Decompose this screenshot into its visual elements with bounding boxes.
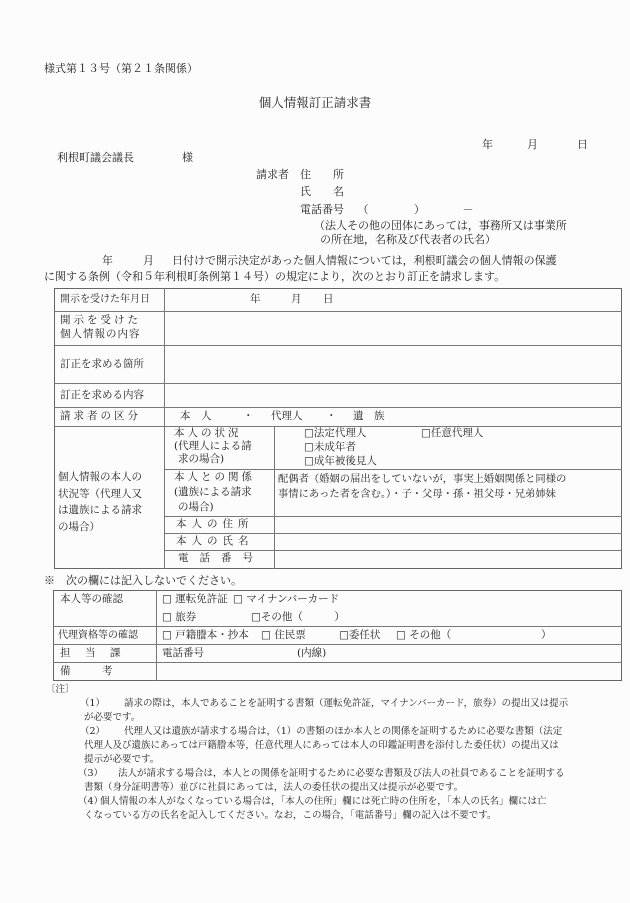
note-1-line1: 請求の際は，本人であることを証明する書類（運転免許証，マイナンバーカード，旅券）… [124, 698, 568, 710]
note-3-line1: 法人が請求する場合は，本人との関係を証明するために必要な書類及び法人の社員である… [118, 768, 565, 780]
extension-label: (内線) [297, 647, 326, 660]
note-1-line2: が必要です。 [84, 712, 140, 724]
person-phone-label: 電話番号 [178, 552, 264, 565]
remarks-label: 備 考 [60, 665, 113, 678]
checkbox-drivers-license[interactable]: □ 運転免許証 [162, 593, 228, 606]
office-use-notice: ※ 次の欄には記入しないでください。 [44, 574, 242, 588]
disclosed-info-field[interactable] [165, 312, 621, 345]
note-2-line3: 提示が必要です。 [84, 754, 159, 766]
disclosure-day: 日 [323, 293, 334, 306]
requester-address-field[interactable]: 住 所 [300, 168, 344, 182]
phone-open-paren: （ [358, 203, 369, 216]
note-4-line2: くなっている方の氏名を記入してください。なお，この場合，「電話番号」欄の記入は不… [84, 810, 497, 822]
status-section-label: 個人情報の本人の 状況等（代理人又 は遺族による請求 の場合） [58, 469, 142, 535]
corporate-note-line1: （法人その他の団体にあっては，事務所又は事業所 [314, 219, 567, 233]
note-2-line1: 代理人又は遺族が請求する場合は，（1）の書類のほか本人との関係を証明するために必… [124, 726, 562, 738]
person-phone-field[interactable] [275, 551, 621, 568]
disclosed-info-label-line2: 個人情報の内容 [60, 328, 141, 341]
checkbox-resident-record[interactable]: □ 住民票 [261, 629, 306, 642]
other-close-paren: ） [541, 629, 552, 642]
note-2-line2: 代理人及び遺族にあっては戸籍謄本等，任意代理人にあっては本人の印鑑証明書を添付し… [84, 740, 559, 752]
date-month-label: 月 [527, 138, 538, 152]
remarks-field[interactable] [157, 663, 621, 680]
category-option-agent[interactable]: 代理人 [271, 410, 303, 423]
checkbox-minor[interactable]: □未成年者 [304, 441, 356, 454]
intro-year: 年 [102, 254, 113, 268]
relationship-label: 本人との関係 (遺族による請求 の場合) [174, 470, 255, 515]
intro-month: 月 [143, 254, 154, 268]
person-status-label: 本人の状況 (代理人による請 求の場合) [174, 427, 252, 466]
correction-content-field[interactable] [165, 384, 621, 407]
person-name-field[interactable] [275, 534, 621, 550]
requester-name-field[interactable]: 氏 名 [300, 185, 344, 199]
row-divider [54, 407, 622, 408]
person-name-label: 本人の氏名 [176, 535, 254, 548]
checkbox-my-number-card[interactable]: □ マイナンバーカード [233, 593, 339, 606]
checkbox-other-id[interactable]: □その他（ ） [251, 611, 345, 624]
correction-location-label: 訂正を求める箇所 [60, 358, 144, 371]
checkbox-other-qualification[interactable]: □ その他（ [396, 629, 451, 642]
checkbox-power-of-attorney[interactable]: □委任状 [339, 629, 380, 642]
note-3-num: （3） [78, 768, 103, 780]
relationship-field[interactable]: 配偶者（婚姻の届出をしていないが，事実上婚姻関係と同様の 事情にあった者を含む。… [278, 472, 566, 502]
category-separator: ・ [326, 410, 337, 423]
phone-close-paren: ） [414, 203, 425, 216]
person-address-field[interactable] [275, 517, 621, 533]
disclosure-year: 年 [250, 293, 261, 306]
note-4-line1: 個人情報の本人がなくなっている場合は，「本人の住所」欄には死亡時の住所を，「本人… [100, 796, 547, 808]
person-address-label: 本人の住所 [176, 518, 254, 531]
checkbox-adult-ward[interactable]: □成年被後見人 [304, 455, 377, 468]
note-1-num: （1） [80, 698, 105, 710]
corporate-note-line2: の所在地，名称及び代表者の氏名） [320, 233, 496, 247]
note-2-num: （2） [80, 726, 105, 738]
phone-dash: － [463, 203, 474, 216]
honorific: 様 [182, 151, 193, 165]
checkbox-voluntary-agent[interactable]: □任意代理人 [421, 427, 483, 440]
correction-content-label: 訂正を求める内容 [60, 389, 144, 402]
category-option-self[interactable]: 本 人 [180, 410, 212, 423]
form-number: 様式第１３号（第２１条関係） [44, 62, 198, 76]
checkbox-family-register[interactable]: □ 戸籍謄本・抄本 [162, 629, 249, 642]
note-3-line2: 書類（身分証明書等）並びに社員にあっては，法人の委任状の提出又は提示が必要です。 [84, 782, 463, 794]
disclosure-date-label: 開示を受けた年月日 [60, 293, 150, 306]
department-label: 担 当 課 [60, 647, 123, 660]
addressee: 利根町議会議長 [57, 151, 134, 165]
category-separator: ・ [243, 410, 254, 423]
checkbox-legal-agent[interactable]: □法定代理人 [304, 427, 366, 440]
row-divider [53, 644, 622, 645]
date-day-label: 日 [577, 138, 588, 152]
disclosed-info-label-line1: 開示を受けた [60, 314, 141, 327]
checkbox-passport[interactable]: □ 旅券 [162, 611, 196, 624]
disclosure-date-field[interactable]: 年 月 日 [165, 289, 621, 311]
date-year-label: 年 [482, 138, 493, 152]
notes-heading: 〔注〕 [46, 684, 75, 696]
intro-line2: に関する条例（令和５年利根町条例第１４号）の規定により，次のとおり訂正を請求しま… [44, 270, 505, 284]
document-title: 個人情報訂正請求書 [0, 95, 630, 111]
requester-phone-field[interactable]: 電話番号 （ ） － [300, 203, 474, 217]
agent-qualification-label: 代理資格等の確認 [58, 629, 138, 642]
identity-check-label: 本人等の確認 [60, 593, 123, 606]
disclosure-month: 月 [291, 293, 302, 306]
intro-line1: 日付けで開示決定があった個人情報については，利根町議会の個人情報の保護 [172, 254, 557, 268]
row-divider [53, 626, 622, 627]
department-phone-label: 電話番号 [162, 647, 204, 660]
requester-label: 請求者 [256, 168, 289, 182]
requester-category-label: 請求者の区分 [60, 410, 141, 423]
phone-label: 電話番号 [300, 203, 344, 216]
category-option-heir[interactable]: 遺 族 [353, 410, 385, 423]
correction-location-field[interactable] [165, 346, 621, 383]
